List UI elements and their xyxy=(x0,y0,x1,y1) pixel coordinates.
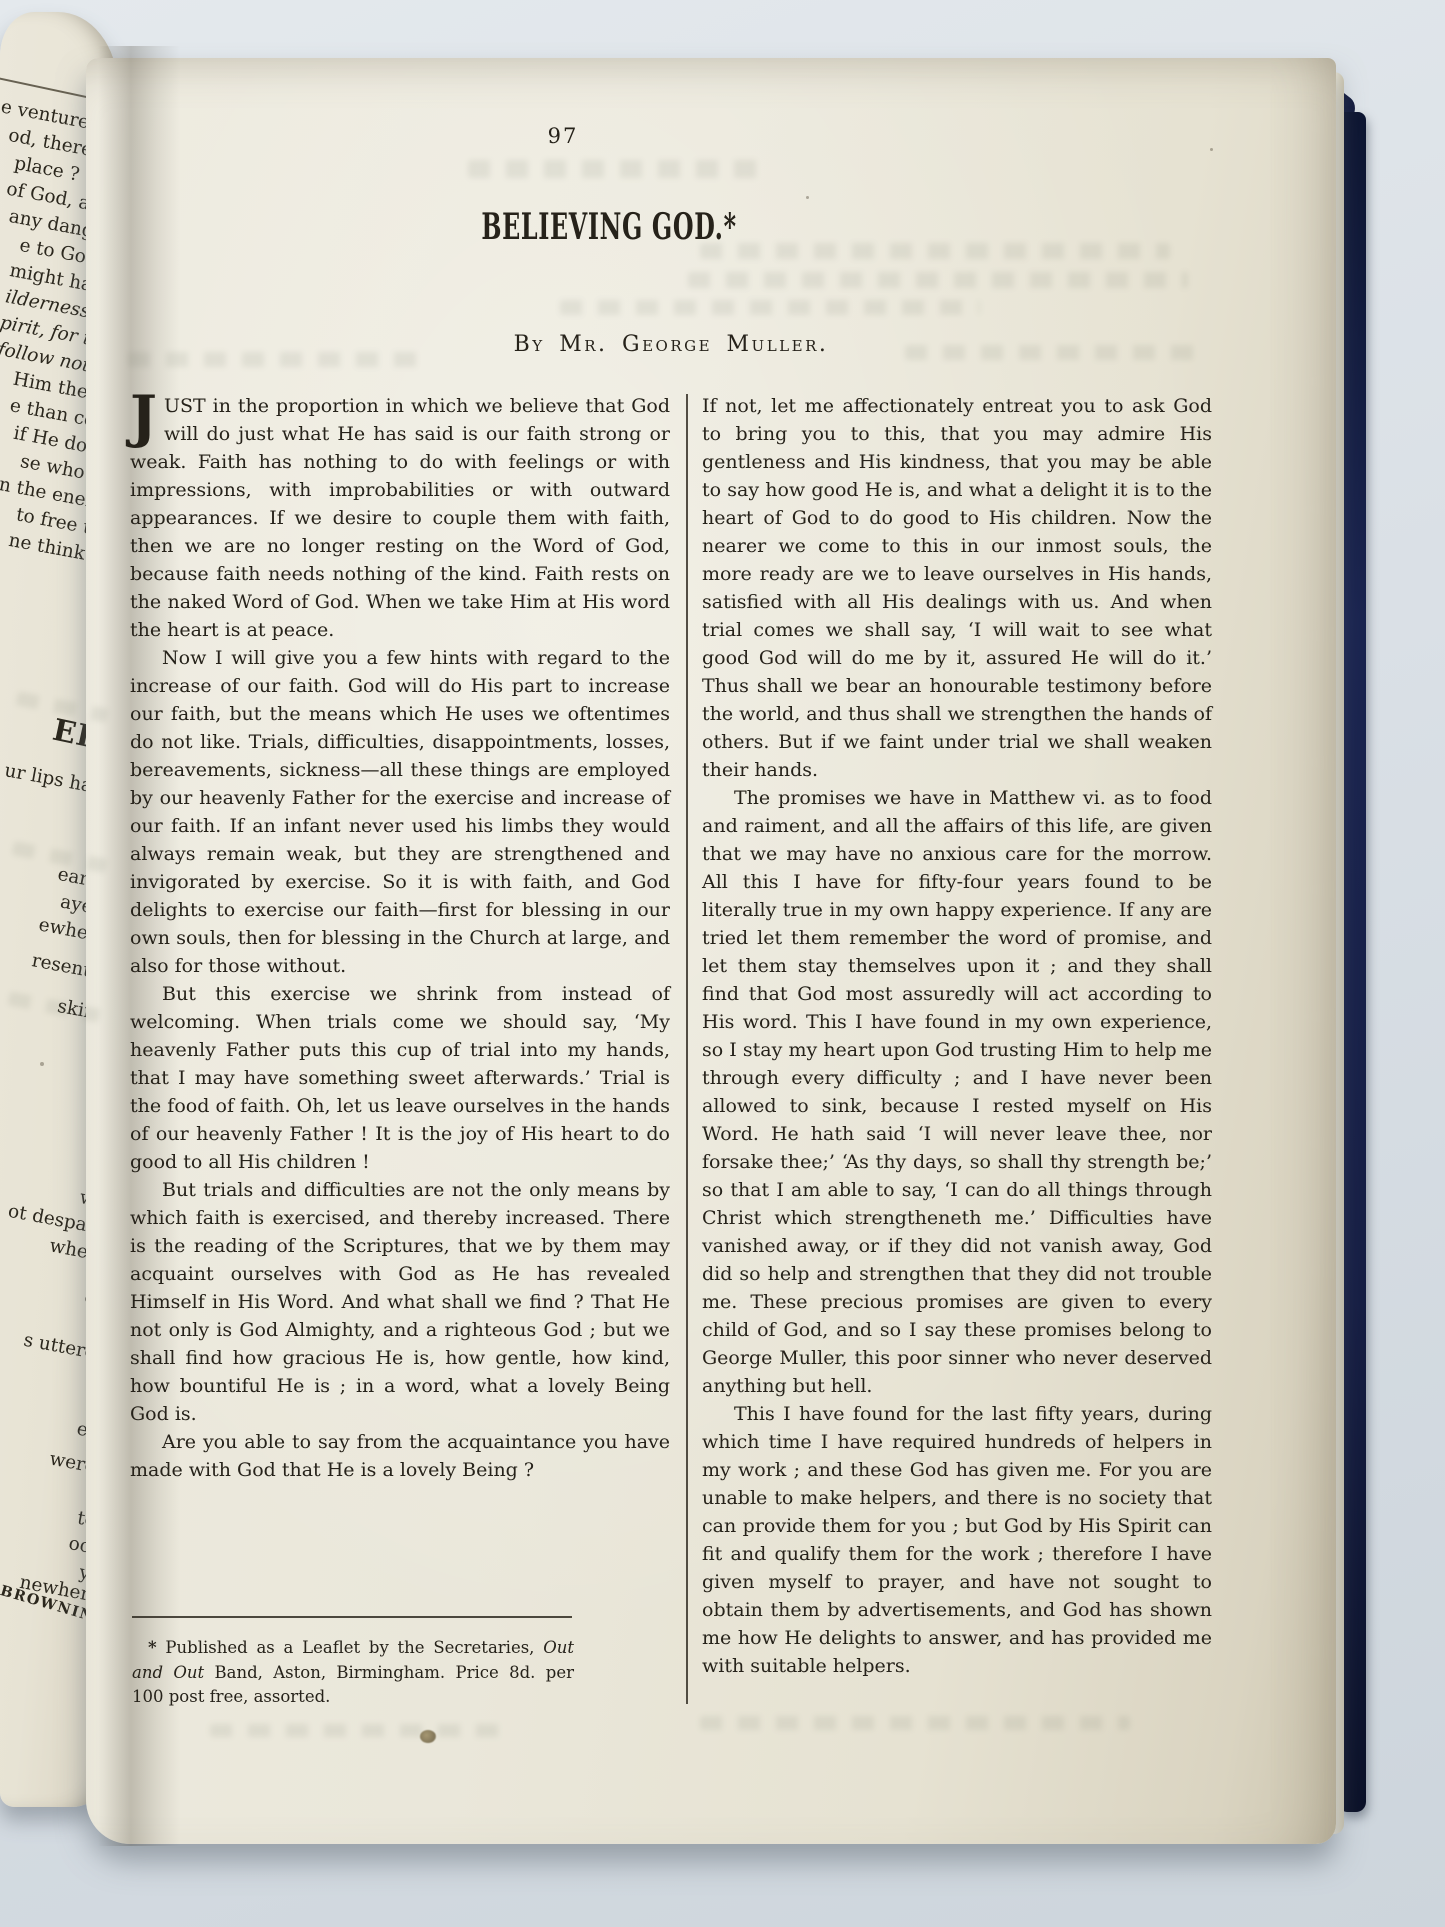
paragraph: Now I will give you a few hints with reg… xyxy=(130,644,670,980)
paragraph: The promises we have in Matthew vi. as t… xyxy=(702,784,1212,1400)
footnote-text: Published as a Leaflet by the Secretarie… xyxy=(157,1638,544,1657)
paragraph: But trials and difficulties are not the … xyxy=(130,1176,670,1428)
article-byline: By Mr. George Muller. xyxy=(130,332,1212,357)
footnote: * Published as a Leaflet by the Secretar… xyxy=(132,1636,574,1710)
column-left: JUST in the proportion in which we belie… xyxy=(130,392,670,1484)
article-title: BELIEVING GOD.* xyxy=(252,206,966,248)
paragraph: Are you able to say from the acquaintanc… xyxy=(130,1428,670,1484)
page-content: 97 BELIEVING GOD.* By Mr. George Muller.… xyxy=(0,0,1445,1927)
paragraph: This I have found for the last fifty yea… xyxy=(702,1400,1212,1680)
column-divider-rule xyxy=(686,394,688,1704)
paragraph-text: UST in the proportion in which we believ… xyxy=(130,395,670,641)
page-number: 97 xyxy=(22,124,1104,148)
paragraph-continuation: If not, let me affectionately entreat yo… xyxy=(702,392,1212,784)
drop-cap: J xyxy=(130,392,164,446)
column-right-paragraphs: The promises we have in Matthew vi. as t… xyxy=(702,784,1212,1680)
footnote-rule xyxy=(132,1616,572,1618)
paragraph-first: JUST in the proportion in which we belie… xyxy=(130,392,670,644)
photo-canvas: e venture to od, there is place ? We of … xyxy=(0,0,1445,1927)
paragraph: But this exercise we shrink from instead… xyxy=(130,980,670,1176)
column-left-paragraphs: Now I will give you a few hints with reg… xyxy=(130,644,670,1484)
column-right: If not, let me affectionately entreat yo… xyxy=(702,392,1212,1680)
footnote-marker: * xyxy=(148,1638,157,1657)
